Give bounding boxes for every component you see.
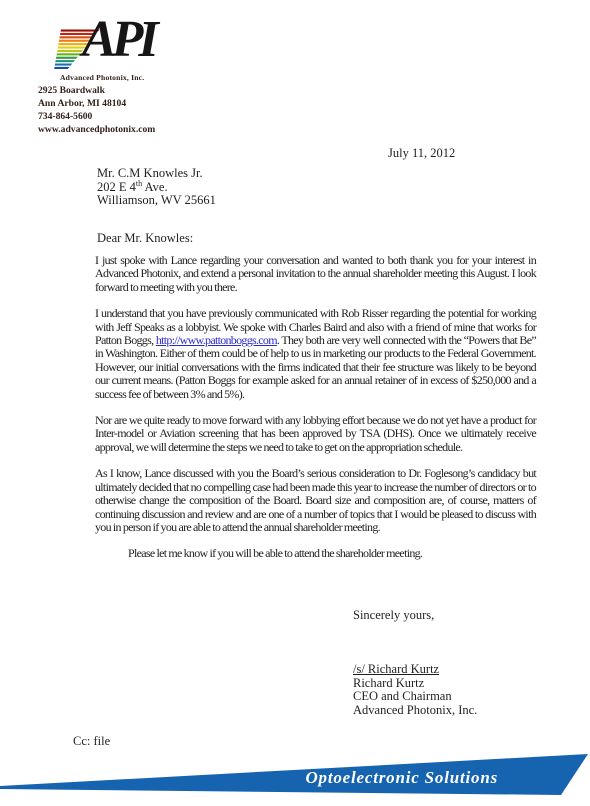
pattonboggs-link[interactable]: http://www.pattonboggs.com [156, 333, 277, 347]
letterhead: API Advanced Photonix, Inc. 2925 Boardwa… [38, 26, 188, 136]
request-line: Please let me know if you will be able t… [95, 547, 536, 560]
salutation: Dear Mr. Knowles: [97, 231, 193, 246]
logo-company-name: Advanced Photonix, Inc. [60, 73, 188, 82]
letterhead-city: Ann Arbor, MI 48104 [38, 97, 188, 110]
recipient-city: Williamson, WV 25661 [97, 194, 216, 208]
letterhead-website: www.advancedphotonix.com [38, 123, 188, 136]
signature-block: /s/ Richard Kurtz Richard Kurtz CEO and … [353, 663, 477, 717]
paragraph-3: Nor are we quite ready to move forward w… [95, 414, 536, 454]
closing: Sincerely yours, [353, 608, 434, 623]
footer-wedge-shape [0, 754, 588, 795]
recipient-street-tail: Ave. [142, 180, 167, 194]
recipient-name: Mr. C.M Knowles Jr. [97, 167, 216, 181]
recipient-street-base: 202 E 4 [97, 180, 136, 194]
paragraph-4: As I know, Lance discussed with you the … [95, 467, 536, 534]
logo-acronym: API [82, 14, 154, 66]
paragraph-1: I just spoke with Lance regarding your c… [95, 254, 536, 294]
footer-banner: Optoelectronic Solutions [0, 752, 590, 806]
letter-page: API Advanced Photonix, Inc. 2925 Boardwa… [0, 0, 590, 806]
recipient-address: Mr. C.M Knowles Jr. 202 E 4th Ave. Willi… [97, 167, 216, 208]
company-logo: API [38, 26, 188, 72]
letter-body: I just spoke with Lance regarding your c… [95, 254, 536, 574]
letterhead-street: 2925 Boardwalk [38, 84, 188, 97]
signature-company: Advanced Photonix, Inc. [353, 704, 477, 718]
footer-tagline: Optoelectronic Solutions [305, 768, 498, 787]
recipient-street: 202 E 4th Ave. [97, 181, 216, 195]
signature-signed: /s/ Richard Kurtz [353, 663, 477, 677]
letterhead-phone: 734-864-5600 [38, 110, 188, 123]
paragraph-2: I understand that you have previously co… [95, 307, 536, 401]
signature-title: CEO and Chairman [353, 690, 477, 704]
letter-date: July 11, 2012 [388, 146, 455, 161]
signature-name: Richard Kurtz [353, 677, 477, 691]
letterhead-address: 2925 Boardwalk Ann Arbor, MI 48104 734-8… [38, 84, 188, 136]
cc-line: Cc: file [73, 734, 110, 749]
